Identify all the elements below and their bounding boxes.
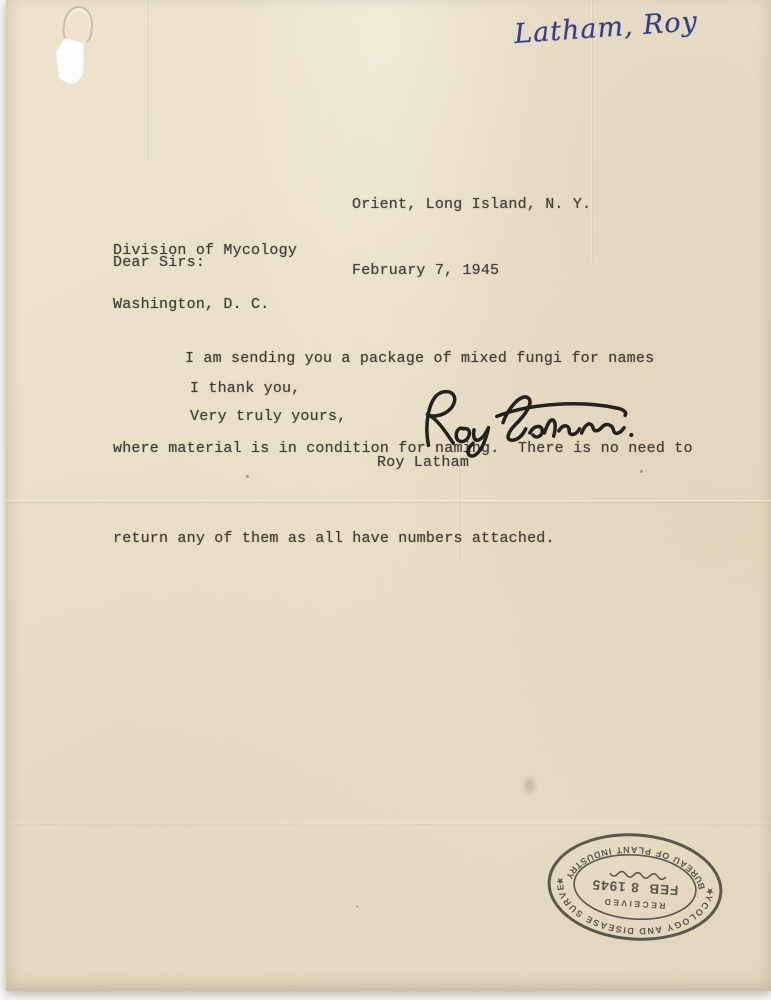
signature-stroke [497,404,626,417]
salutation: Dear Sirs: [113,252,205,274]
body-line-1: I am sending you a package of mixed fung… [113,344,693,374]
letter-page: Latham, Roy Orient, Long Island, N. Y. F… [6,0,771,991]
thanks-line: I thank you, [190,378,300,400]
body-line-3: return any of them as all have numbers a… [113,524,693,554]
torn-paper-chip [56,38,87,87]
received-stamp: MYCOLOGY AND DISEASE SURVEY BUREAU OF PL… [541,826,728,948]
handwritten-signature [414,380,652,460]
signature-stroke [544,420,555,436]
typed-signature-name: Roy Latham [377,452,469,474]
signature-stroke [582,424,624,433]
received-stamp-graphic: MYCOLOGY AND DISEASE SURVEY BUREAU OF PL… [541,826,728,948]
signature-stroke [559,426,580,435]
closing-line: Very truly yours, [190,406,346,428]
stamp-received-text: RECEIVED [602,897,666,911]
fold-crease-horizontal-minor [6,822,771,825]
paper-speck [356,905,359,908]
signature-stroke [503,397,530,440]
stamp-date-text: FEB 8 1945 [591,877,679,898]
ink-smudge [524,778,535,793]
signature-stroke [427,392,455,446]
stamp-star-right-icon: ★ [555,874,565,886]
handwritten-annotation: Latham, Roy [513,5,715,50]
signature-dot [629,433,633,437]
fold-crease-vertical-left [146,0,148,160]
dateline-place: Orient, Long Island, N. Y. [352,194,591,216]
signature-stroke [456,428,469,441]
stamp-star-left-icon: ★ [705,885,715,897]
dateline-date: February 7, 1945 [352,260,591,282]
signature-stroke [530,426,542,436]
